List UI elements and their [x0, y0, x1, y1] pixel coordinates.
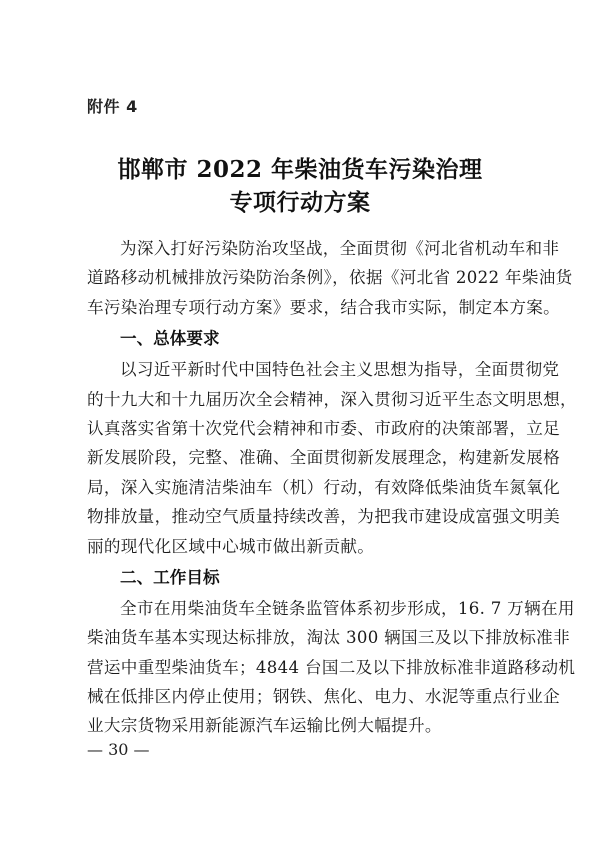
section2-paragraph-line: 械在低排区内停止使用；钢铁、焦化、电力、水泥等重点行业企: [87, 682, 513, 711]
section2-paragraph-line: 营运中重型柴油货车；4844 台国二及以下排放标准非道路移动机: [87, 653, 513, 682]
document-title-line-1: 邯郸市 2022 年柴油货车污染治理: [0, 151, 600, 184]
intro-paragraph-line: 车污染治理专项行动方案》要求，结合我市实际，制定本方案。: [87, 293, 513, 322]
document-body: 为深入打好污染防治攻坚战，全面贯彻《河北省机动车和非 道路移动机械排放污染防治条…: [87, 234, 513, 741]
section1-paragraph-line: 以习近平新时代中国特色社会主义思想为指导，全面贯彻党: [87, 355, 513, 384]
section1-paragraph-line: 丽的现代化区域中心城市做出新贡献。: [87, 532, 513, 561]
section2-paragraph-line: 业大宗货物采用新能源汽车运输比例大幅提升。: [87, 711, 513, 740]
attachment-label: 附件 4: [87, 94, 138, 117]
section1-paragraph-line: 物排放量，推动空气质量持续改善，为把我市建设成富强文明美: [87, 502, 513, 531]
section-heading-general-requirements: 一、总体要求: [87, 322, 513, 355]
intro-paragraph-line: 为深入打好污染防治攻坚战，全面贯彻《河北省机动车和非: [87, 234, 513, 263]
section-heading-work-targets: 二、工作目标: [87, 561, 513, 594]
document-page: 附件 4 邯郸市 2022 年柴油货车污染治理 专项行动方案 为深入打好污染防治…: [0, 0, 600, 848]
section1-paragraph-line: 新发展阶段，完整、准确、全面贯彻新发展理念，构建新发展格: [87, 443, 513, 472]
section1-paragraph-line: 局，深入实施清洁柴油车（机）行动，有效降低柴油货车氮氧化: [87, 473, 513, 502]
intro-paragraph-line: 道路移动机械排放污染防治条例》，依据《河北省 2022 年柴油货: [87, 263, 513, 292]
document-title-line-2: 专项行动方案: [0, 184, 600, 217]
section2-paragraph-line: 全市在用柴油货车全链条监管体系初步形成，16. 7 万辆在用: [87, 594, 513, 623]
section2-paragraph-line: 柴油货车基本实现达标排放，淘汰 300 辆国三及以下排放标准非: [87, 623, 513, 652]
page-number: — 30 —: [87, 740, 150, 759]
section1-paragraph-line: 认真落实省第十次党代会精神和市委、市政府的决策部署，立足: [87, 414, 513, 443]
section1-paragraph-line: 的十九大和十九届历次全会精神，深入贯彻习近平生态文明思想，: [87, 385, 513, 414]
